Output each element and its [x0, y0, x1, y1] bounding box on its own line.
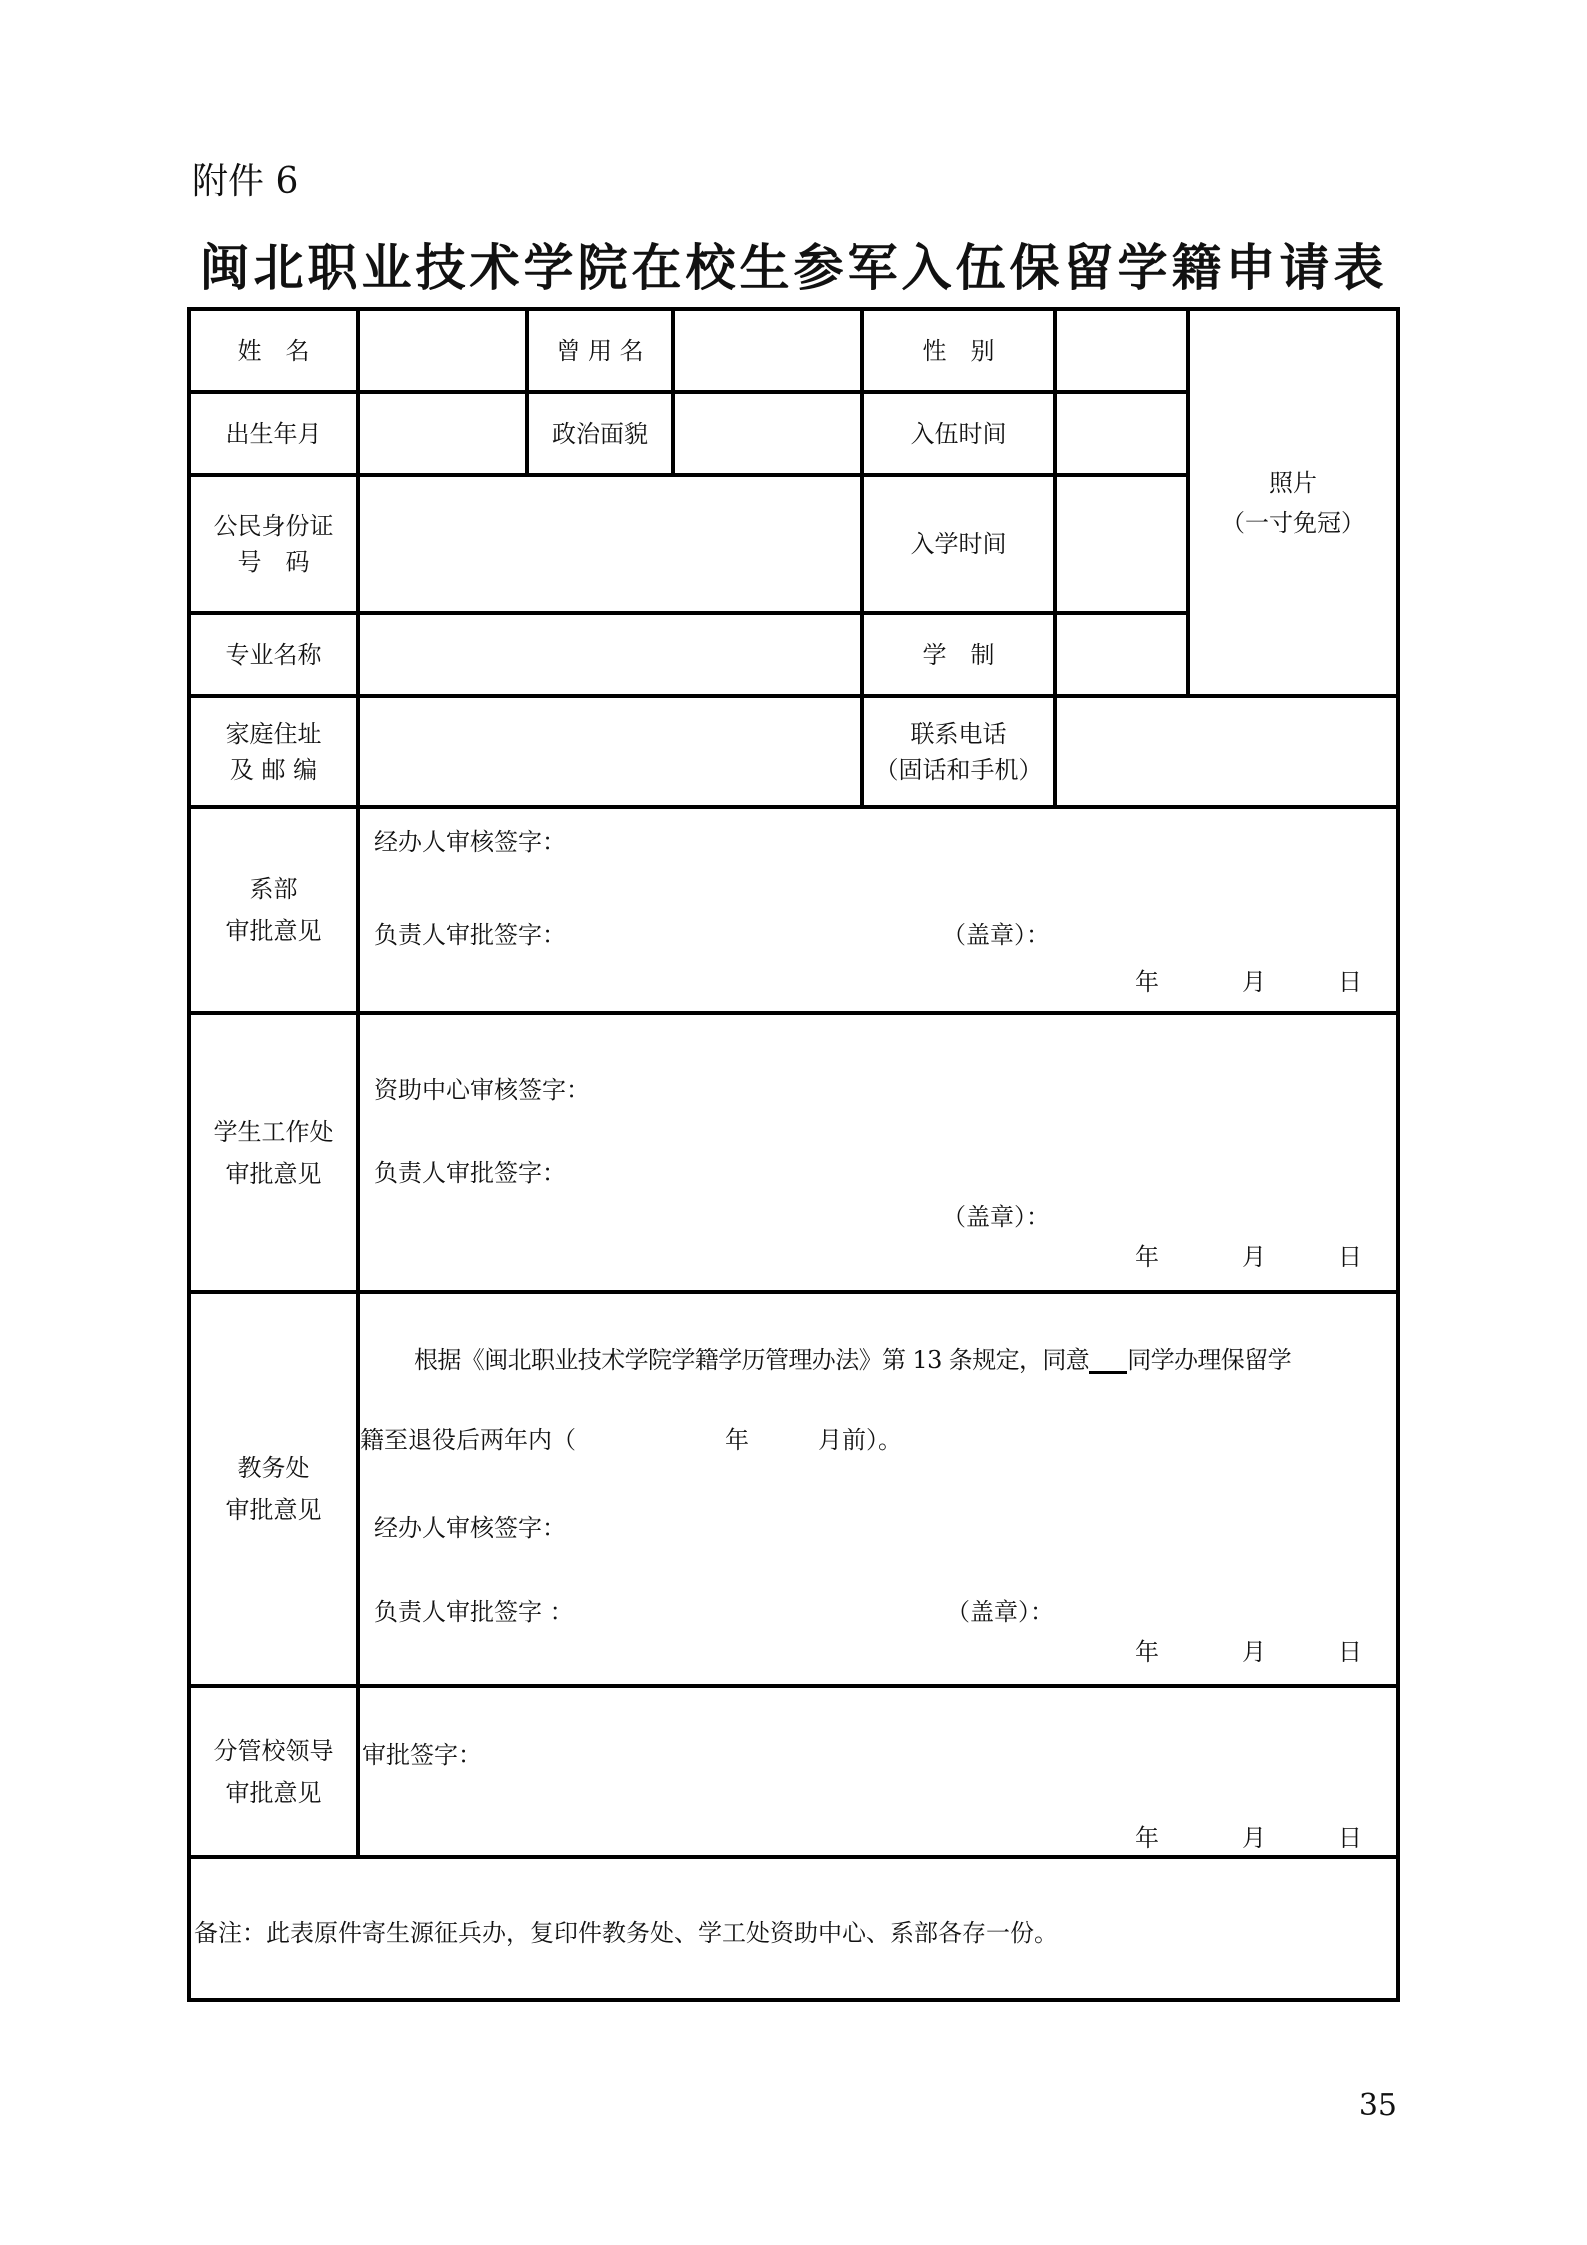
- student-affairs-leader-sign-label: 负责人审批签字：: [374, 1158, 566, 1188]
- phone-field[interactable]: [1057, 698, 1396, 805]
- birth-label: 出生年月: [191, 394, 356, 473]
- student-affairs-date-day: 日: [1338, 1242, 1362, 1272]
- student-affairs-date-year: 年: [1135, 1242, 1159, 1272]
- row-divider: [187, 805, 1400, 809]
- former-name-field[interactable]: [675, 311, 860, 390]
- name-label: 姓 名: [191, 311, 356, 390]
- academic-clause-line2-year: 年: [725, 1425, 749, 1455]
- leader-sign-label: 审批签字：: [362, 1740, 482, 1770]
- leader-date-day: 日: [1338, 1823, 1362, 1853]
- former-name-label: 曾 用 名: [529, 311, 671, 390]
- address-field[interactable]: [360, 698, 860, 805]
- enlist-date-field[interactable]: [1057, 394, 1186, 473]
- duration-field[interactable]: [1057, 615, 1186, 694]
- phone-label: 联系电话 （固话和手机）: [864, 698, 1053, 805]
- academic-affairs-approval-label: 教务处 审批意见: [191, 1294, 356, 1684]
- row-divider: [187, 1855, 1400, 1859]
- table-border-bottom: [187, 1998, 1400, 2002]
- student-affairs-date-month: 月: [1242, 1242, 1266, 1272]
- id-number-label: 公民身份证 号 码: [191, 477, 356, 611]
- leader-date-month: 月: [1242, 1823, 1266, 1853]
- leader-date-year: 年: [1135, 1823, 1159, 1853]
- aid-center-sign-label: 资助中心审核签字：: [374, 1075, 590, 1105]
- clause-text-a: 根据《闽北职业技术学院学籍学历管理办法》第 13 条规定，同意: [414, 1346, 1089, 1374]
- academic-date-month: 月: [1242, 1637, 1266, 1667]
- enroll-date-field[interactable]: [1057, 477, 1186, 611]
- academic-clause-line2-b: 月前）。: [818, 1425, 902, 1455]
- dept-handler-sign-label: 经办人审核签字：: [374, 827, 566, 857]
- duration-label: 学 制: [864, 615, 1053, 694]
- dept-leader-sign-label: 负责人审批签字：: [374, 920, 566, 950]
- major-label: 专业名称: [191, 615, 356, 694]
- academic-leader-sign-label: 负责人审批签字 ：: [374, 1597, 574, 1627]
- id-number-field[interactable]: [360, 477, 860, 611]
- political-status-label: 政治面貌: [529, 394, 671, 473]
- name-field[interactable]: [360, 311, 525, 390]
- student-affairs-seal-label: （盖章）：: [942, 1202, 1050, 1232]
- academic-clause-line1: 根据《闽北职业技术学院学籍学历管理办法》第 13 条规定，同意同学办理保留学: [414, 1345, 1291, 1375]
- enroll-date-label: 入学时间: [864, 477, 1053, 611]
- attachment-label: 附件 6: [192, 160, 298, 204]
- student-name-blank[interactable]: [1089, 1347, 1127, 1374]
- photo-placeholder[interactable]: 照片 （一寸免冠）: [1190, 311, 1396, 694]
- enlist-date-label: 入伍时间: [864, 394, 1053, 473]
- remark-note: 备注：此表原件寄生源征兵办，复印件教务处、学工处资助中心、系部各存一份。: [194, 1918, 1058, 1948]
- row-divider: [187, 1684, 1400, 1688]
- form-title: 闽北职业技术学院在校生参军入伍保留学籍申请表: [189, 238, 1398, 298]
- dept-approval-label: 系部 审批意见: [191, 809, 356, 1011]
- dept-date-month: 月: [1242, 967, 1266, 997]
- academic-clause-line2-a: 籍至退役后两年内（: [360, 1425, 576, 1455]
- gender-label: 性 别: [864, 311, 1053, 390]
- page-number: 35: [1359, 2088, 1397, 2124]
- academic-date-day: 日: [1338, 1637, 1362, 1667]
- academic-handler-sign-label: 经办人审核签字：: [374, 1513, 566, 1543]
- clause-text-b: 同学办理保留学: [1127, 1346, 1291, 1374]
- row-divider: [187, 1011, 1400, 1015]
- table-border-right: [1396, 307, 1400, 2002]
- student-affairs-approval-label: 学生工作处 审批意见: [191, 1015, 356, 1290]
- birth-field[interactable]: [360, 394, 525, 473]
- academic-seal-label: （盖章）：: [946, 1597, 1054, 1627]
- gender-field[interactable]: [1057, 311, 1186, 390]
- dept-seal-label: （盖章）：: [942, 920, 1050, 950]
- address-label: 家庭住址 及 邮 编: [191, 698, 356, 805]
- political-status-field[interactable]: [675, 394, 860, 473]
- dept-date-year: 年: [1135, 967, 1159, 997]
- row-divider: [187, 1290, 1400, 1294]
- dept-date-day: 日: [1338, 967, 1362, 997]
- school-leader-approval-label: 分管校领导 审批意见: [191, 1688, 356, 1855]
- major-field[interactable]: [360, 615, 860, 694]
- academic-date-year: 年: [1135, 1637, 1159, 1667]
